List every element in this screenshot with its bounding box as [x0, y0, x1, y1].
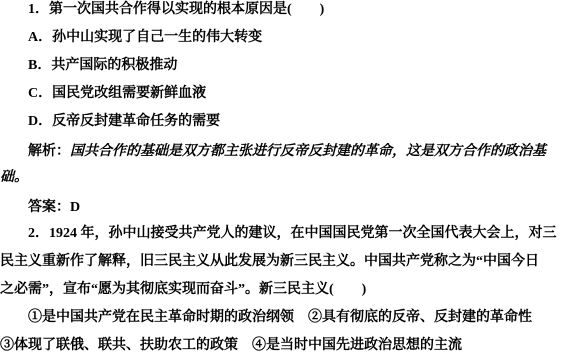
q2-items-line2-text-main: ③体现了联俄、联共、扶助农工的政策 ④是当时中国先进政治思想的主流 [0, 338, 462, 353]
q1-option-c: C．国民党改组需要新鲜血液 [0, 80, 566, 108]
q1-answer: 答案：D [0, 192, 566, 220]
q1-analysis-line1: 解析：国共合作的基础是双方都主张进行反帝反封建的革命，这是双方合作的政治基 [0, 136, 566, 164]
q1-analysis-line1-text-kai: 国共合作的基础是双方都主张进行反帝反封建的革命，这是双方合作的政治基 [70, 144, 546, 159]
q1-analysis-line2-text-kai: 础。 [0, 170, 28, 185]
q2-items-line1: ①是中国共产党在民主革命时期的政治纲领 ②具有彻底的反帝、反封建的革命性 [0, 304, 566, 332]
q2-stem-line1: 2．1924 年，孙中山接受共产党人的建议，在中国国民党第一次全国代表大会上，对… [0, 220, 566, 248]
q1-stem: 1．第一次国共合作得以实现的根本原因是( ) [0, 0, 566, 24]
q1-option-d: D．反帝反封建革命任务的需要 [0, 108, 566, 136]
q1-option-b-text-main: B．共产国际的积极推动 [28, 58, 177, 73]
q1-option-d-text-main: D．反帝反封建革命任务的需要 [28, 114, 220, 129]
q2-items-line1-text-main: ①是中国共产党在民主革命时期的政治纲领 ②具有彻底的反帝、反封建的革命性 [28, 310, 532, 325]
q2-stem-line3-text-main: 之必需”，宣布“愿为其彻底实现而奋斗”。新三民主义( ) [0, 282, 366, 297]
q1-option-c-text-main: C．国民党改组需要新鲜血液 [28, 86, 206, 101]
q2-stem-line2-text-main: 民主义重新作了解释，旧三民主义从此发展为新三民主义。中国共产党称之为“中国今日 [0, 254, 539, 269]
q1-option-b: B．共产国际的积极推动 [0, 52, 566, 80]
q1-option-a: A．孙中山实现了自己一生的伟大转变 [0, 24, 566, 52]
q2-stem-line3: 之必需”，宣布“愿为其彻底实现而奋斗”。新三民主义( ) [0, 276, 566, 304]
q1-stem-text-main: 1．第一次国共合作得以实现的根本原因是( ) [28, 2, 324, 17]
q2-stem-line1-text-main: 2．1924 年，孙中山接受共产党人的建议，在中国国民党第一次全国代表大会上，对… [28, 226, 557, 241]
q1-answer-text-label: 答案： [28, 198, 70, 214]
document: 1．第一次国共合作得以实现的根本原因是( )A．孙中山实现了自己一生的伟大转变B… [0, 0, 566, 358]
q1-answer-text-main: D [70, 200, 80, 215]
q1-option-a-text-main: A．孙中山实现了自己一生的伟大转变 [28, 30, 262, 45]
q1-analysis-line1-text-label: 解析： [28, 142, 70, 158]
q1-analysis-line2: 础。 [0, 164, 566, 192]
q2-stem-line2: 民主义重新作了解释，旧三民主义从此发展为新三民主义。中国共产党称之为“中国今日 [0, 248, 566, 276]
q2-items-line2: ③体现了联俄、联共、扶助农工的政策 ④是当时中国先进政治思想的主流 [0, 332, 566, 358]
